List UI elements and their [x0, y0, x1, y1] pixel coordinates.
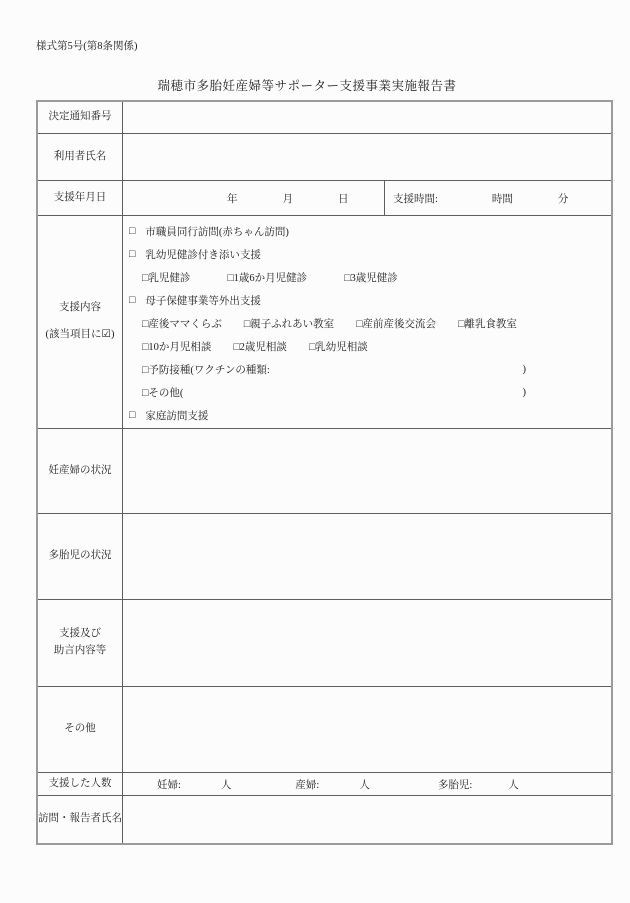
other-field[interactable] — [123, 687, 611, 772]
row-user-name: 利用者氏名 — [38, 133, 611, 180]
row-reporter-name: 訪問・報告者氏名 — [38, 795, 611, 843]
support-content-label-line2: (該当項目に☑) — [46, 327, 115, 344]
year-unit-label: 年 — [227, 191, 238, 206]
hour-unit-label: 時間 — [492, 191, 513, 206]
minute-unit-label: 分 — [558, 191, 569, 206]
suboption-other: □その他( ) — [129, 381, 526, 404]
other-close-paren: ) — [523, 387, 527, 398]
checkbox-infant-consult[interactable]: □乳幼児相談 — [309, 339, 368, 354]
checkbox-3year-checkup[interactable]: □3歳児健診 — [344, 270, 398, 285]
postpartum-count-label: 産婦: — [295, 777, 319, 792]
support-time-field[interactable]: 支援時間: 時間 分 — [385, 181, 611, 215]
option-outing-support: □ 母子保健事業等外出支援 — [129, 289, 611, 312]
form-number-note: 様式第5号(第8条関係) — [36, 38, 138, 53]
row-children-status: 多胎児の状況 — [38, 513, 611, 599]
support-date-field[interactable]: 年 月 日 — [123, 181, 385, 215]
checkbox-2year-consult[interactable]: □2歳児相談 — [233, 339, 287, 354]
month-unit-label: 月 — [283, 191, 294, 206]
report-document-page: 様式第5号(第8条関係) 瑞穂市多胎妊産婦等サポーター支援事業実施報告書 決定通… — [0, 0, 630, 903]
support-content-label-line1: 支援内容 — [59, 300, 101, 317]
document-title: 瑞穂市多胎妊産婦等サポーター支援事業実施報告書 — [0, 76, 614, 94]
row-support-advice: 支援及び 助言内容等 — [38, 599, 611, 686]
row-support-date: 支援年月日 年 月 日 支援時間: 時間 分 — [38, 180, 611, 215]
report-table: 決定通知番号 利用者氏名 支援年月日 年 月 日 支援時間: 時間 分 支援内容… — [36, 100, 613, 845]
reporter-name-label: 訪問・報告者氏名 — [38, 796, 123, 843]
suboptions-checkup-types: □乳児健診 □1歳6か月児健診 □3歳児健診 — [129, 266, 611, 289]
checkbox-vaccination[interactable]: □予防接種(ワクチンの種類: — [142, 362, 270, 377]
suboptions-classes: □産後ママくらぶ □親子ふれあい教室 □産前産後交流会 □離乳食教室 — [129, 312, 611, 335]
multiples-count-label: 多胎児: — [438, 777, 472, 792]
pregnant-count-label: 妊婦: — [157, 777, 181, 792]
support-content-label: 支援内容 (該当項目に☑) — [38, 216, 123, 428]
other-label: その他 — [38, 687, 123, 772]
support-time-label: 支援時間: — [393, 191, 438, 206]
checkbox-weaning-food-class[interactable]: □離乳食教室 — [458, 316, 517, 331]
option-municipal-staff-visit: □ 市職員同行訪問(赤ちゃん訪問) — [129, 220, 611, 243]
suboptions-consultations: □10か月児相談 □2歳児相談 □乳幼児相談 — [129, 335, 611, 358]
children-status-label: 多胎児の状況 — [38, 514, 123, 599]
multiples-count-unit: 人 — [508, 777, 519, 792]
mother-status-label: 妊産婦の状況 — [38, 429, 123, 513]
support-advice-field[interactable] — [123, 600, 611, 686]
user-name-field[interactable] — [123, 134, 611, 180]
reporter-name-field[interactable] — [123, 796, 611, 843]
checkbox-prenatal-postnatal-exchange[interactable]: □産前産後交流会 — [356, 316, 436, 331]
checkbox-municipal-staff-visit-icon[interactable]: □ — [129, 226, 135, 237]
supported-count-field[interactable]: 妊婦: 人 産婦: 人 多胎児: 人 — [123, 773, 611, 795]
day-unit-label: 日 — [338, 191, 349, 206]
option-outing-support-label: 母子保健事業等外出支援 — [145, 293, 261, 308]
notification-number-label: 決定通知番号 — [38, 102, 123, 133]
support-date-label: 支援年月日 — [38, 181, 123, 215]
option-municipal-staff-visit-label: 市職員同行訪問(赤ちゃん訪問) — [145, 224, 289, 239]
row-other: その他 — [38, 686, 611, 772]
support-content-field: □ 市職員同行訪問(赤ちゃん訪問) □ 乳幼児健診付き添い支援 □乳児健診 □1… — [123, 216, 611, 428]
checkbox-other-option[interactable]: □その他( — [142, 385, 183, 400]
checkbox-home-visit-support-icon[interactable]: □ — [129, 410, 135, 421]
suboption-vaccination: □予防接種(ワクチンの種類: ) — [129, 358, 526, 381]
checkbox-outing-support-icon[interactable]: □ — [129, 295, 135, 306]
row-supported-count: 支援した人数 妊婦: 人 産婦: 人 多胎児: 人 — [38, 772, 611, 795]
option-checkup-accompany-label: 乳幼児健診付き添い支援 — [145, 247, 261, 262]
row-support-content: 支援内容 (該当項目に☑) □ 市職員同行訪問(赤ちゃん訪問) □ 乳幼児健診付… — [38, 215, 611, 428]
option-home-visit-support: □ 家庭訪問支援 — [129, 404, 611, 427]
row-mother-status: 妊産婦の状況 — [38, 428, 611, 513]
pregnant-count-unit: 人 — [221, 777, 232, 792]
support-advice-label-line2: 助言内容等 — [54, 643, 107, 660]
checkbox-checkup-accompany-icon[interactable]: □ — [129, 249, 135, 260]
postpartum-count-unit: 人 — [359, 777, 370, 792]
support-advice-label: 支援及び 助言内容等 — [38, 600, 123, 686]
option-home-visit-support-label: 家庭訪問支援 — [145, 408, 208, 423]
option-checkup-accompany: □ 乳幼児健診付き添い支援 — [129, 243, 611, 266]
vaccination-close-paren: ) — [523, 364, 527, 375]
row-notification-number: 決定通知番号 — [38, 102, 611, 133]
checkbox-infant-checkup[interactable]: □乳児健診 — [142, 270, 190, 285]
checkbox-18month-checkup[interactable]: □1歳6か月児健診 — [227, 270, 307, 285]
notification-number-field[interactable] — [123, 102, 611, 133]
support-advice-label-line1: 支援及び — [59, 626, 101, 643]
supported-count-label: 支援した人数 — [38, 773, 123, 795]
user-name-label: 利用者氏名 — [38, 134, 123, 180]
checkbox-postpartum-mama-club[interactable]: □産後ママくらぶ — [142, 316, 222, 331]
checkbox-10month-consult[interactable]: □10か月児相談 — [142, 339, 211, 354]
children-status-field[interactable] — [123, 514, 611, 599]
mother-status-field[interactable] — [123, 429, 611, 513]
checkbox-parent-child-class[interactable]: □親子ふれあい教室 — [244, 316, 334, 331]
